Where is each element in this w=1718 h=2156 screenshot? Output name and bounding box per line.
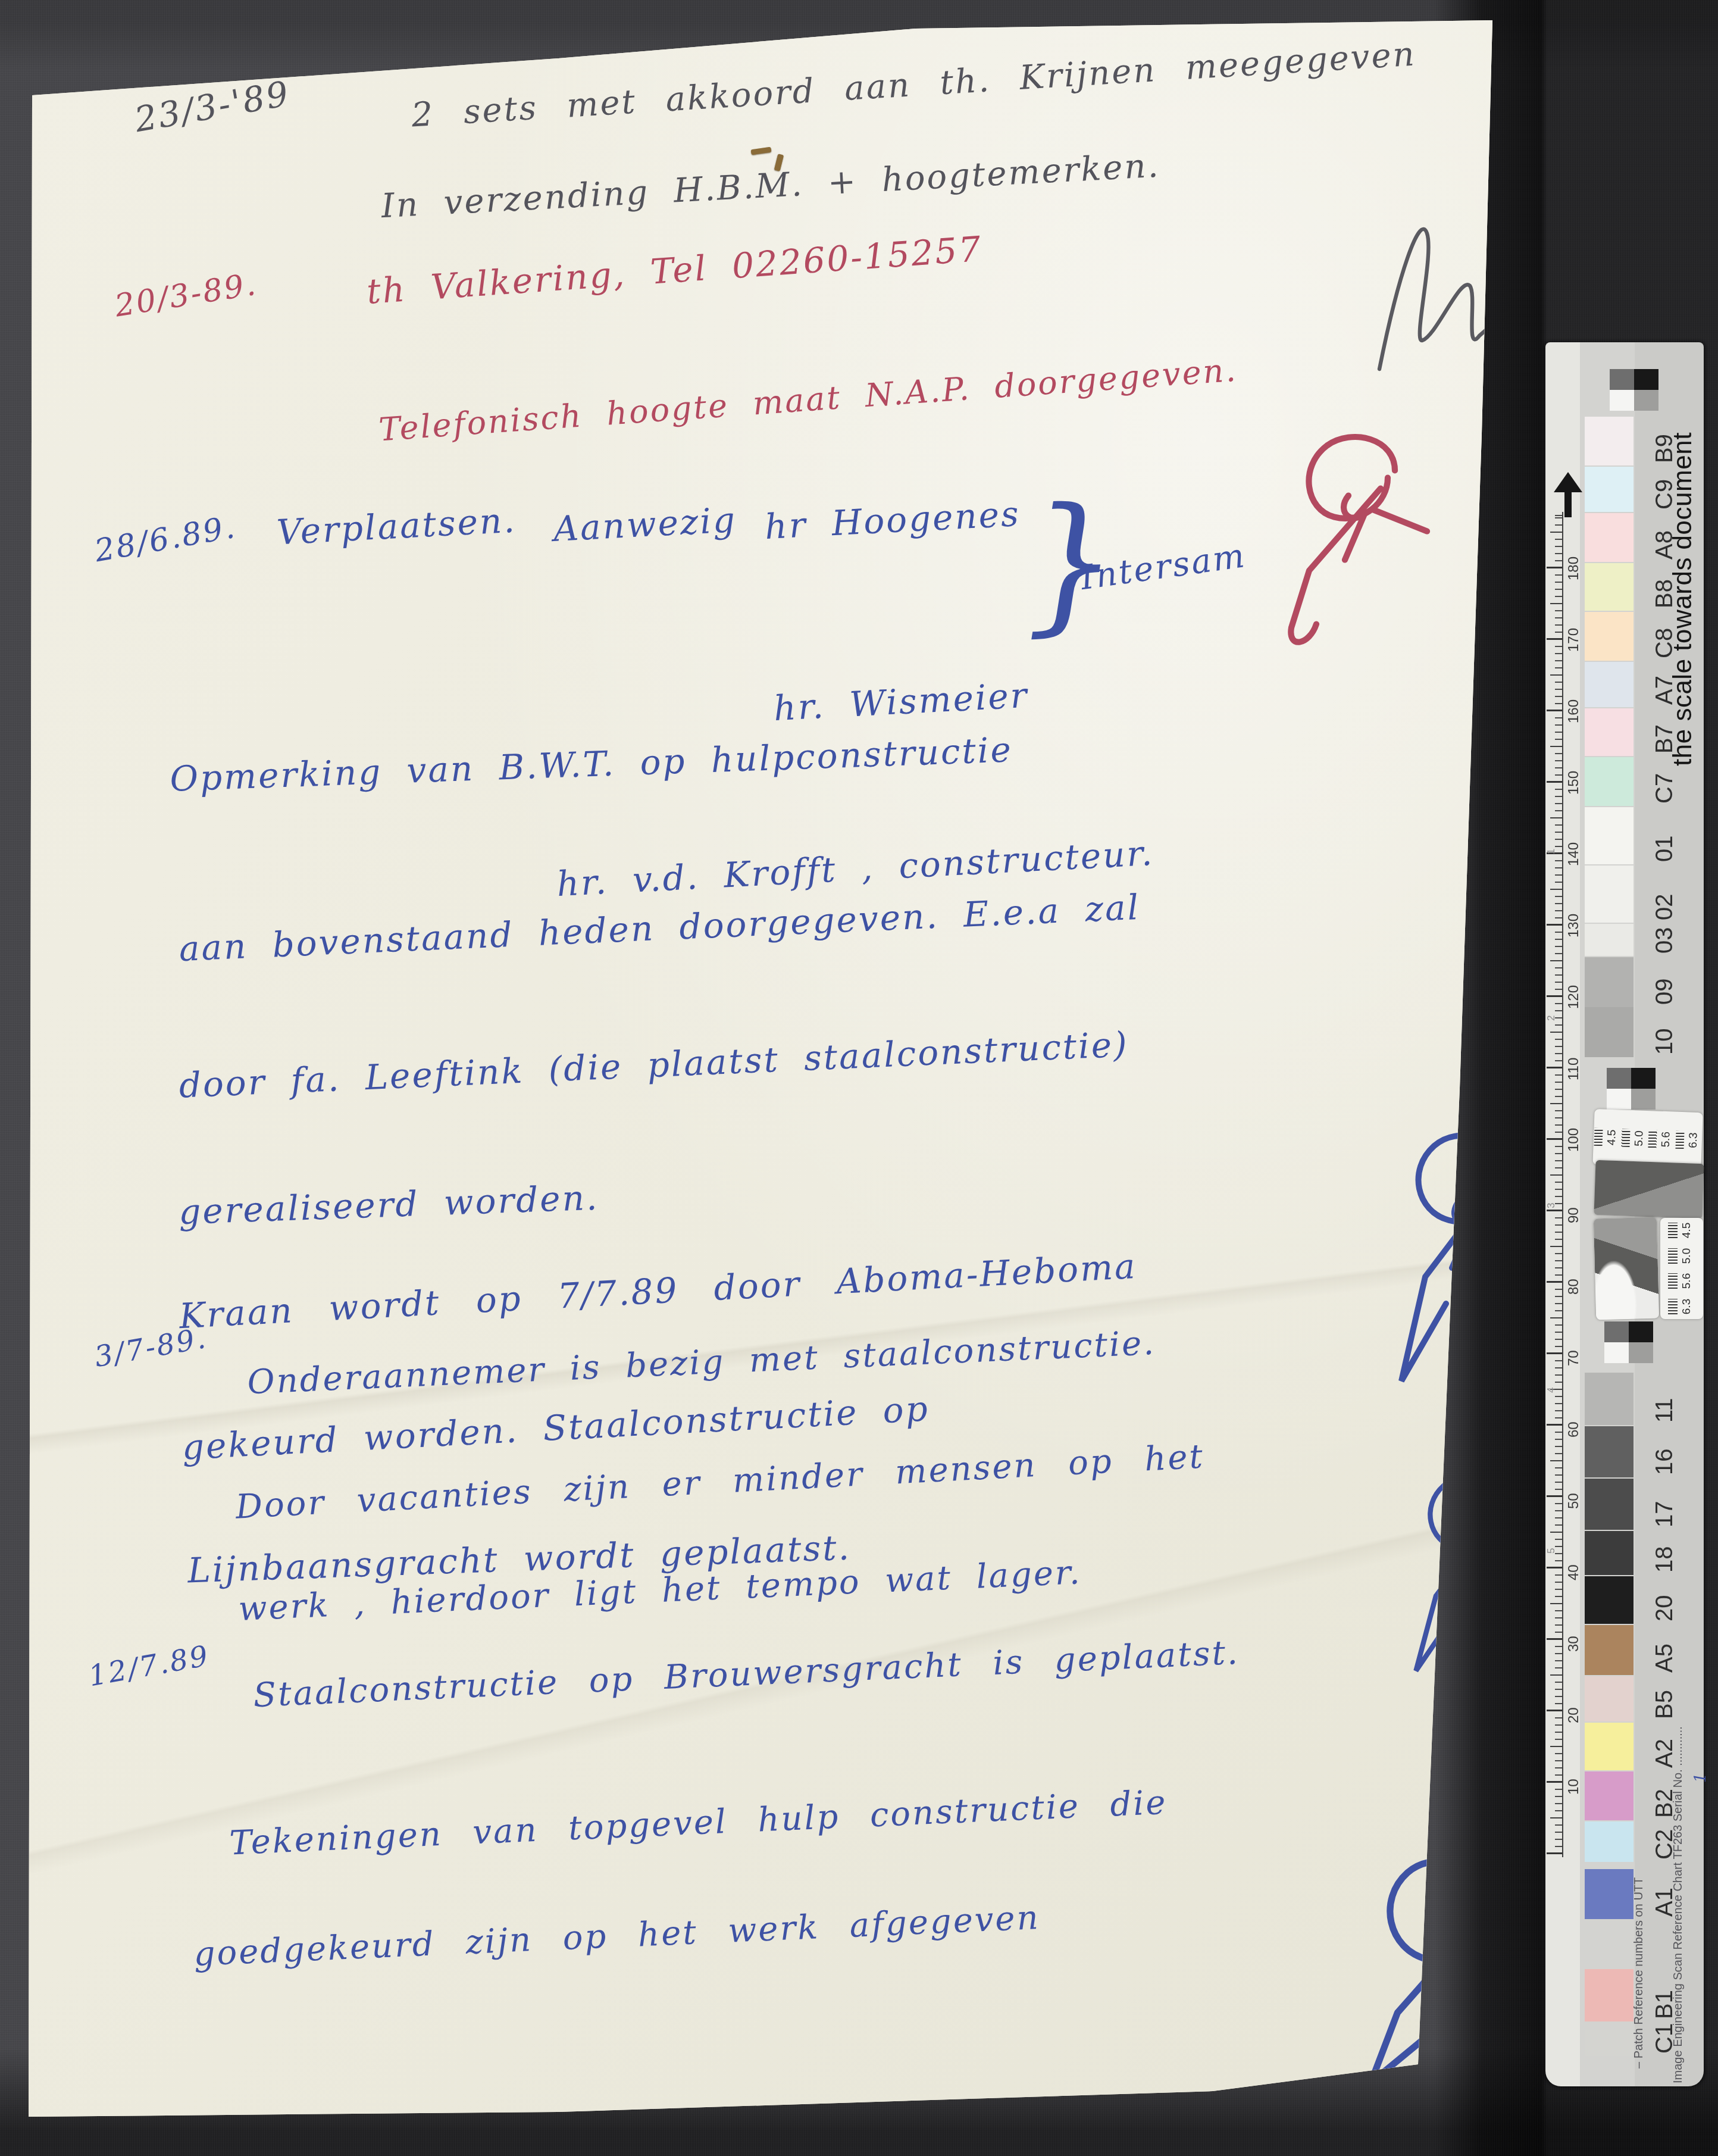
color-patch-02 xyxy=(1585,865,1633,923)
checker-cell xyxy=(1629,1342,1653,1363)
ruler-mm-label: 10 xyxy=(1566,1779,1582,1795)
gray-test-card-damaged xyxy=(1594,1217,1659,1320)
signature-paraph-gray xyxy=(1351,202,1541,381)
color-patch-A8 xyxy=(1585,513,1633,562)
ruler-mm-label: 40 xyxy=(1566,1564,1582,1580)
staple xyxy=(751,145,795,171)
color-patch-C2 xyxy=(1585,1821,1633,1862)
patch-label-B5: B5 xyxy=(1651,1690,1678,1719)
entry-line: Onderaannemer is bezig met staalconstruc… xyxy=(247,1327,1157,1400)
checker-cell xyxy=(1631,1068,1656,1089)
patch-label-03: 03 xyxy=(1651,927,1678,954)
ruler-mm-label: 140 xyxy=(1566,842,1582,866)
color-patch-20 xyxy=(1585,1576,1633,1624)
resolution-value: 5.0 xyxy=(1681,1248,1694,1264)
entry-line: th Valkering, Tel 02260-15257 xyxy=(365,232,984,309)
checker-cell xyxy=(1631,1089,1656,1110)
resolution-group: 6.3 xyxy=(1675,1131,1701,1149)
color-patch-16 xyxy=(1585,1426,1633,1477)
resolution-value: 4.5 xyxy=(1606,1129,1619,1145)
color-patch-03 xyxy=(1585,924,1633,956)
entry-line: gekeurd worden. Staalconstructie op xyxy=(181,1391,930,1465)
ruler-cm-label: 2 xyxy=(1545,1015,1557,1021)
patch-label-09: 09 xyxy=(1651,979,1678,1005)
ruler-mm-label: 120 xyxy=(1566,985,1582,1009)
patch-label-11: 11 xyxy=(1651,1398,1678,1423)
entry-line: Opmerking van B.W.T. op hulpconstructie xyxy=(169,732,1013,796)
gray-test-card xyxy=(1594,1160,1704,1218)
signature-paraph-blue xyxy=(1351,1839,1517,2089)
resolution-stripes xyxy=(1668,1273,1678,1289)
color-patch-C7 xyxy=(1585,757,1633,806)
ruler-mm-label: 160 xyxy=(1566,699,1582,723)
ruler-mm-label: 170 xyxy=(1566,628,1582,652)
ruler-baseline xyxy=(1562,512,1563,1857)
document-page: 23/3-'89 2 sets met akkoord aan th. Krij… xyxy=(23,17,1498,2130)
entry-date: 28/6.89. xyxy=(92,512,238,567)
serial-number-handwritten: 1 xyxy=(1692,1773,1710,1783)
signature-paraph-blue xyxy=(1381,1113,1529,1399)
resolution-group: 4.5 xyxy=(1594,1128,1620,1146)
signature-paraph-red xyxy=(1256,417,1452,673)
resolution-value: 4.5 xyxy=(1681,1223,1694,1238)
ruler-mm-label: 70 xyxy=(1566,1350,1582,1366)
ruler-mm-label: 130 xyxy=(1566,914,1582,938)
grayscale-checker xyxy=(1604,1321,1653,1363)
resolution-value: 5.0 xyxy=(1632,1130,1646,1146)
entry-line: Staalconstructie op Brouwersgracht is ge… xyxy=(253,1636,1240,1713)
patch-label-10: 10 xyxy=(1651,1029,1678,1055)
patch-label-20: 20 xyxy=(1651,1595,1678,1622)
color-patch-B8 xyxy=(1585,563,1633,611)
checker-cell xyxy=(1634,369,1658,390)
patch-label-C7: C7 xyxy=(1651,773,1678,804)
color-patch-17 xyxy=(1585,1479,1633,1530)
entry-line: Kraan wordt op 7/7.89 door Aboma-Heboma xyxy=(179,1249,1138,1333)
strip-title: the scale towards document xyxy=(1668,432,1698,766)
entry-date: 3/7-89. xyxy=(92,1324,209,1371)
resolution-value: 5.6 xyxy=(1681,1273,1694,1289)
ruler-mm-label: 50 xyxy=(1566,1493,1582,1509)
entry-line: Tekeningen van topgevel hulp constructie… xyxy=(229,1786,1168,1861)
ruler-cm-label: 1 xyxy=(1545,849,1557,854)
strip-footer-text: Image Engineering Scan Reference Chart T… xyxy=(1672,1726,1685,2083)
scale-direction-arrow-icon xyxy=(1554,472,1582,517)
entry-heading: Verplaatsen. xyxy=(276,503,517,550)
entry-date: 12/7.89 xyxy=(86,1642,211,1691)
color-patch-18 xyxy=(1585,1531,1633,1575)
ruler-mm-label: 100 xyxy=(1566,1128,1582,1152)
color-patch-11 xyxy=(1585,1373,1633,1425)
entry-date: 23/3-'89 xyxy=(132,76,293,138)
attendee-name: hr. Wismeier xyxy=(773,678,1029,726)
attendee-name: hr Hoogenes xyxy=(764,496,1021,544)
resolution-group: 6.3 xyxy=(1668,1299,1695,1314)
resolution-group: 5.0 xyxy=(1668,1248,1695,1264)
scanned-document-view: 23/3-'89 2 sets met akkoord aan th. Krij… xyxy=(0,0,1718,2156)
resolution-stripes xyxy=(1621,1129,1630,1146)
ruler-mm-label: 150 xyxy=(1566,771,1582,795)
ruler-cm-label: 5 xyxy=(1545,1548,1557,1554)
entry-date: 20/3-89. xyxy=(112,268,259,321)
ruler-mm-label: 180 xyxy=(1566,557,1582,580)
checker-cell xyxy=(1604,1321,1629,1342)
ruler-mm-label: 110 xyxy=(1566,1058,1582,1080)
resolution-stripes xyxy=(1668,1223,1678,1238)
color-patch-B2 xyxy=(1585,1771,1633,1820)
color-patch-C8 xyxy=(1585,612,1633,661)
entry-line: 2 sets met akkoord aan th. Krijnen meege… xyxy=(411,38,1417,132)
resolution-group: 4.5 xyxy=(1668,1223,1695,1238)
ruler-mm-label: 90 xyxy=(1566,1207,1582,1223)
color-patch-A7 xyxy=(1585,662,1633,707)
entry-line: gerealiseerd worden. xyxy=(178,1180,599,1230)
calibration-strip: 1801701601501401301201101009080706050403… xyxy=(1545,342,1704,2086)
color-patch-01 xyxy=(1585,807,1633,864)
resolution-group: 5.6 xyxy=(1648,1130,1675,1148)
resolution-group: 5.0 xyxy=(1621,1129,1647,1147)
color-patch-B9 xyxy=(1585,417,1633,465)
patch-label-17: 17 xyxy=(1651,1501,1678,1528)
color-patch-10 xyxy=(1585,1007,1633,1057)
resolution-stripes xyxy=(1668,1299,1678,1314)
strip-footer-text: – Patch Reference numbers on UTT xyxy=(1632,1877,1646,2068)
grayscale-checker xyxy=(1607,1068,1656,1110)
entry-line: Telefonisch hoogte maat N.A.P. doorgegev… xyxy=(378,354,1238,446)
color-patch-09 xyxy=(1585,957,1633,1007)
resolution-test-card: 4.55.05.66.3 xyxy=(1660,1218,1703,1319)
ruler-cm-label: 4 xyxy=(1545,1388,1557,1393)
checker-cell xyxy=(1634,390,1658,411)
patch-label-16: 16 xyxy=(1651,1449,1678,1476)
color-patch-A2 xyxy=(1585,1723,1633,1770)
resolution-value: 6.3 xyxy=(1686,1132,1700,1148)
resolution-stripes xyxy=(1594,1128,1603,1146)
color-patch-B1 xyxy=(1585,1969,1633,2021)
checker-cell xyxy=(1607,1068,1631,1089)
resolution-stripes xyxy=(1648,1130,1657,1148)
ruler-mm-label: 20 xyxy=(1566,1707,1582,1723)
color-patch-A5 xyxy=(1585,1625,1633,1675)
entry-line: aan bovenstaand heden doorgegeven. E.e.a… xyxy=(179,890,1141,966)
patch-label-01: 01 xyxy=(1651,836,1678,863)
checker-cell xyxy=(1604,1342,1629,1363)
resolution-stripes xyxy=(1668,1248,1678,1264)
resolution-value: 6.3 xyxy=(1681,1299,1694,1314)
checker-cell xyxy=(1610,390,1634,411)
patch-label-18: 18 xyxy=(1651,1546,1678,1573)
patch-label-A5: A5 xyxy=(1651,1643,1678,1673)
ruler-cm-label: 3 xyxy=(1545,1203,1557,1208)
signature-paraph-blue xyxy=(1398,1458,1523,1685)
grayscale-checker xyxy=(1610,369,1658,411)
entry-line: goedgekeurd zijn op het werk afgegeven xyxy=(193,1901,1040,1971)
color-patch-C9 xyxy=(1585,467,1633,512)
checker-cell xyxy=(1607,1089,1631,1110)
color-patch-C1 xyxy=(1585,2030,1633,2056)
resolution-value: 5.6 xyxy=(1660,1132,1673,1148)
color-patch-B7 xyxy=(1585,708,1633,756)
resolution-stripes xyxy=(1675,1131,1684,1149)
attendees-label: Aanwezig xyxy=(553,502,738,546)
ruler-mm-label: 60 xyxy=(1566,1421,1582,1438)
resolution-group: 5.6 xyxy=(1668,1273,1695,1289)
color-patch-B5 xyxy=(1585,1676,1633,1721)
ruler-mm-label: 30 xyxy=(1566,1636,1582,1652)
patch-label-02: 02 xyxy=(1651,894,1678,921)
ruler-mm-label: 80 xyxy=(1566,1279,1582,1295)
checker-cell xyxy=(1610,369,1634,390)
entry-line: door fa. Leeftink (die plaatst staalcons… xyxy=(178,1027,1129,1103)
resolution-test-card: 4.55.05.66.3 xyxy=(1592,1109,1703,1168)
color-patch-A1 xyxy=(1585,1869,1633,1919)
checker-cell xyxy=(1629,1321,1653,1342)
ruler-ticks-major xyxy=(1547,512,1562,1857)
